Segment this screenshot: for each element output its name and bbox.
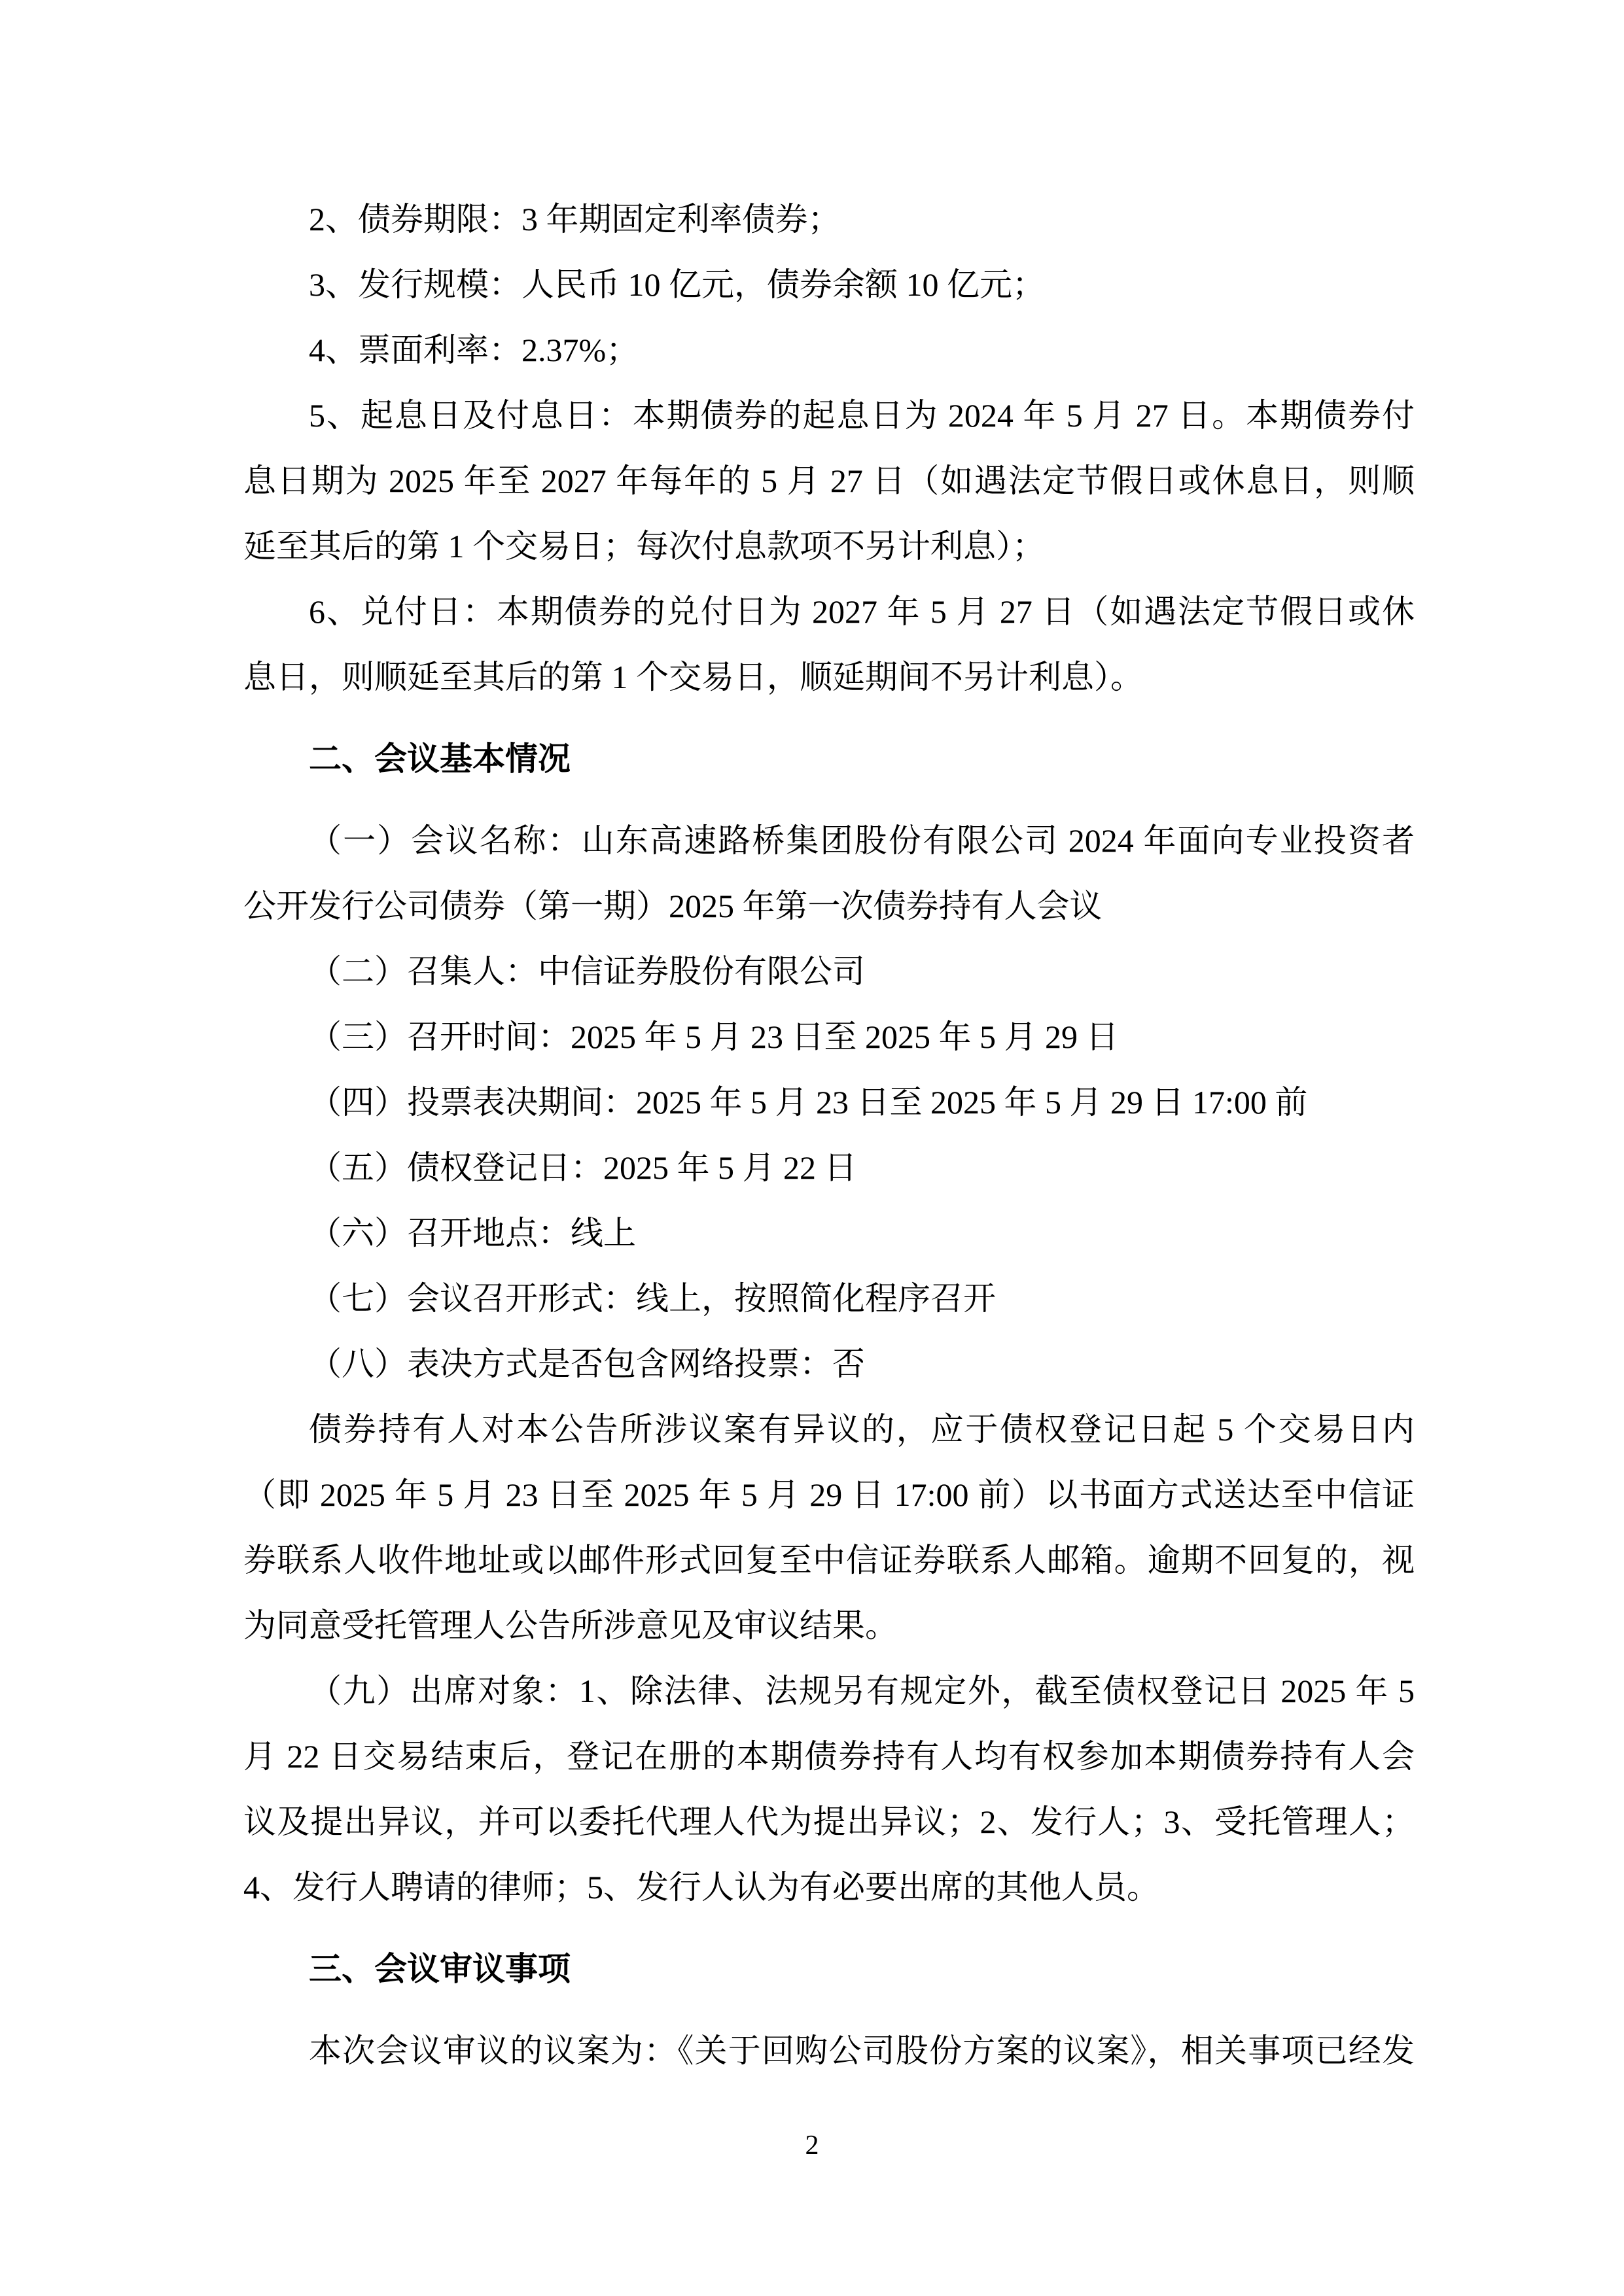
text-line: 3、发行规模：人民币 10 亿元，债券余额 10 亿元； — [243, 252, 1415, 317]
document-page: 2、债券期限：3 年期固定利率债券；3、发行规模：人民币 10 亿元，债券余额 … — [0, 0, 1624, 2296]
page-number: 2 — [0, 2127, 1624, 2164]
text-line: 月 22 日交易结束后，登记在册的本期债券持有人均有权参加本期债券持有人会 — [243, 1724, 1415, 1789]
text-line: （九）出席对象：1、除法律、法规另有规定外，截至债权登记日 2025 年 5 — [243, 1658, 1415, 1724]
text-line: 6、兑付日：本期债券的兑付日为 2027 年 5 月 27 日（如遇法定节假日或… — [243, 579, 1415, 644]
text-line: （八）表决方式是否包含网络投票：否 — [243, 1331, 1415, 1397]
text-line: 4、票面利率：2.37%； — [243, 317, 1415, 383]
text-line: 公开发行公司债券（第一期）2025 年第一次债券持有人会议 — [243, 873, 1415, 939]
text-line: （七）会议召开形式：线上，按照简化程序召开 — [243, 1266, 1415, 1331]
text-line: （二）召集人：中信证券股份有限公司 — [243, 939, 1415, 1004]
text-line: 为同意受托管理人公告所涉意见及审议结果。 — [243, 1593, 1415, 1658]
text-line: 延至其后的第 1 个交易日；每次付息款项不另计利息）； — [243, 513, 1415, 579]
text-line: （三）召开时间：2025 年 5 月 23 日至 2025 年 5 月 29 日 — [243, 1004, 1415, 1070]
text-line: 券联系人收件地址或以邮件形式回复至中信证券联系人邮箱。逾期不回复的，视 — [243, 1527, 1415, 1593]
section-heading: 二、会议基本情况 — [243, 726, 1415, 791]
text-line: 息日，则顺延至其后的第 1 个交易日，顺延期间不另计利息）。 — [243, 644, 1415, 710]
text-line: 2、债券期限：3 年期固定利率债券； — [243, 186, 1415, 252]
text-line: 息日期为 2025 年至 2027 年每年的 5 月 27 日（如遇法定节假日或… — [243, 448, 1415, 513]
text-line: （五）债权登记日：2025 年 5 月 22 日 — [243, 1135, 1415, 1200]
text-line: （一）会议名称：山东高速路桥集团股份有限公司 2024 年面向专业投资者 — [243, 808, 1415, 873]
text-line: （即 2025 年 5 月 23 日至 2025 年 5 月 29 日 17:0… — [243, 1462, 1415, 1527]
document-body: 2、债券期限：3 年期固定利率债券；3、发行规模：人民币 10 亿元，债券余额 … — [243, 186, 1415, 2083]
text-line: 议及提出异议，并可以委托代理人代为提出异议；2、发行人；3、受托管理人； — [243, 1789, 1415, 1854]
text-line: 债券持有人对本公告所涉议案有异议的，应于债权登记日起 5 个交易日内 — [243, 1397, 1415, 1462]
text-line: （六）召开地点：线上 — [243, 1200, 1415, 1266]
text-line: （四）投票表决期间：2025 年 5 月 23 日至 2025 年 5 月 29… — [243, 1070, 1415, 1135]
text-line: 4、发行人聘请的律师；5、发行人认为有必要出席的其他人员。 — [243, 1854, 1415, 1920]
text-line: 5、起息日及付息日：本期债券的起息日为 2024 年 5 月 27 日。本期债券… — [243, 383, 1415, 448]
text-line: 本次会议审议的议案为：《关于回购公司股份方案的议案》，相关事项已经发 — [243, 2018, 1415, 2083]
section-heading: 三、会议审议事项 — [243, 1936, 1415, 2002]
